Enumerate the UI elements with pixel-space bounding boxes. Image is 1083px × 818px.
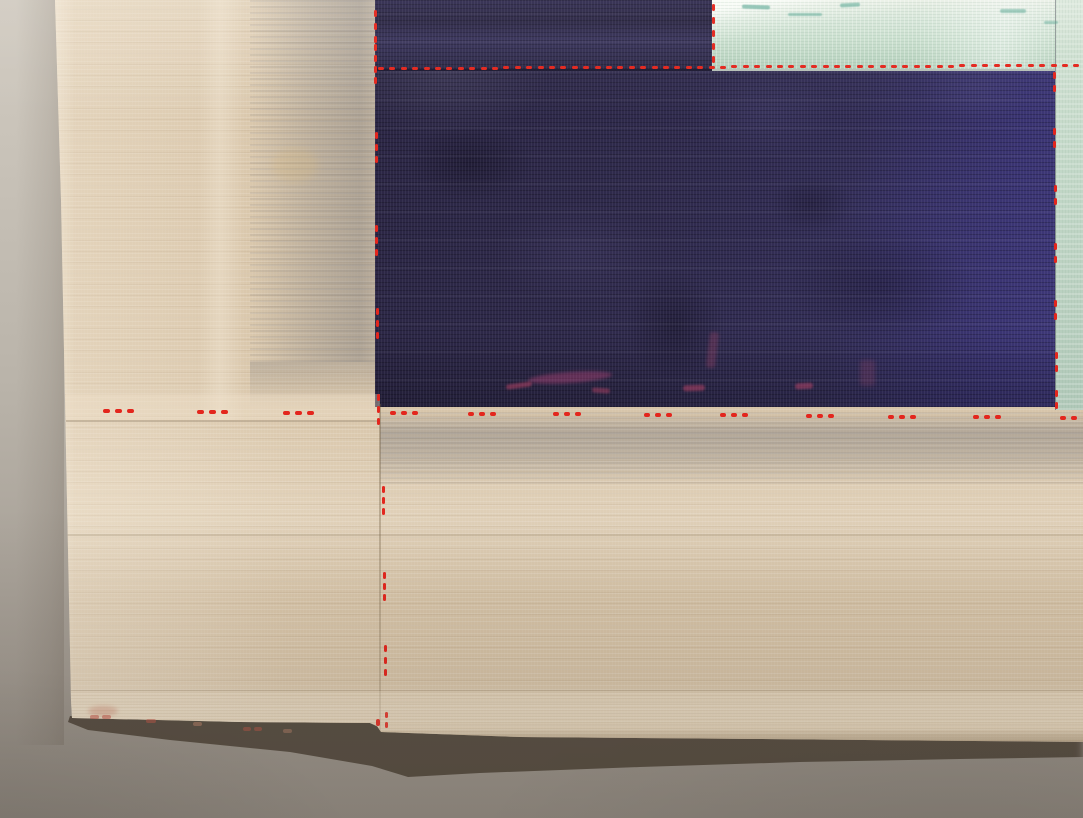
textile-fabric [0, 0, 1083, 818]
horizontal-seam-middle [66, 534, 1083, 536]
seam-allowance-showthrough-left [250, 0, 378, 362]
vertical-fold-crease [198, 0, 244, 420]
wall-shade-left-of-fabric [16, 0, 64, 745]
navy-top-strip-patch [375, 0, 713, 71]
seam-allowance-showthrough-bottom [380, 412, 1083, 484]
horizontal-seam-left [66, 420, 380, 422]
vertical-seam [379, 404, 381, 738]
scene-textile-photograph [0, 0, 1083, 818]
mint-green-right-column-patch [1055, 0, 1083, 410]
mint-green-top-patch [712, 0, 1083, 71]
fold-light-strip [66, 394, 380, 421]
